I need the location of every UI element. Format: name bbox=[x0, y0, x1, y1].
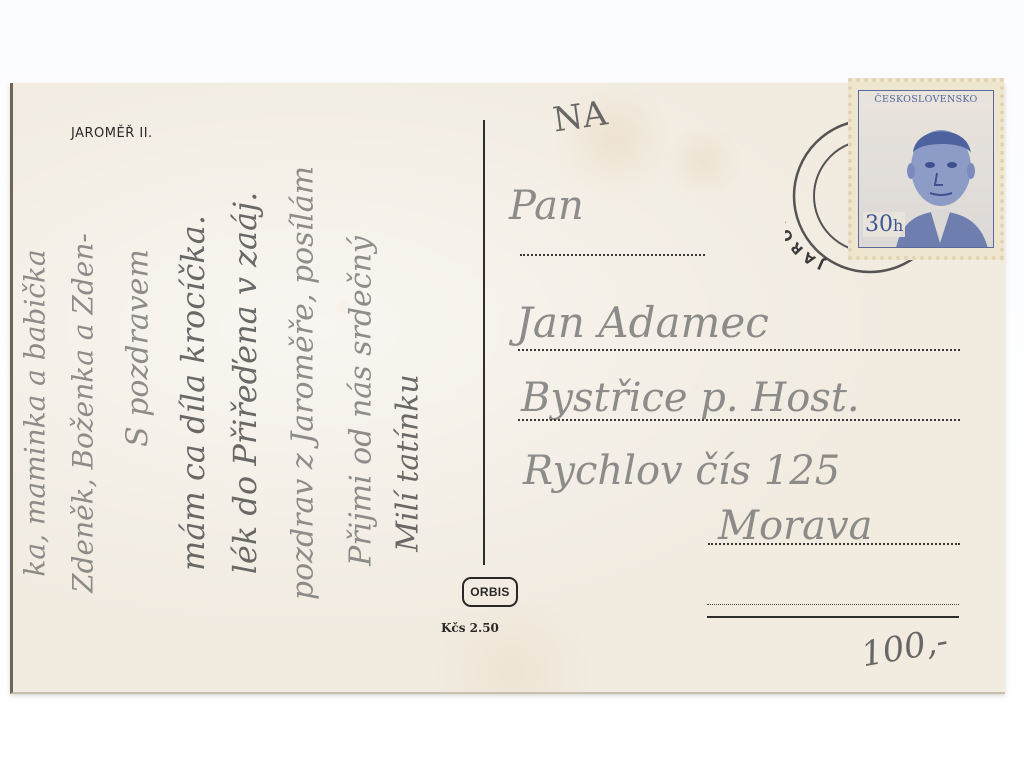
message-line: S pozdravem bbox=[121, 249, 156, 447]
printed-title: JAROMĚŘ II. bbox=[71, 126, 153, 141]
message-line: mám ca díla krocíčka. bbox=[174, 215, 212, 571]
message-line: Přijmi od nás srdečný bbox=[344, 236, 379, 566]
stamp-value-unit: h bbox=[893, 216, 903, 235]
svg-text:JAROMĚ: JAROMĚ bbox=[785, 193, 828, 272]
price-label: Kčs 2.50 bbox=[441, 621, 499, 635]
postmark-text: JAROMĚ bbox=[785, 193, 828, 272]
message-line: lék do Přiřeďena v zaáj. bbox=[226, 192, 264, 575]
message-line: ka, maminka a babička bbox=[19, 249, 52, 576]
stamp-country: ČESKOSLOVENSKO bbox=[859, 94, 993, 105]
address-town: Bystřice p. Host. bbox=[521, 375, 860, 421]
address-line bbox=[518, 419, 960, 421]
address-salutation: Pan bbox=[509, 183, 584, 229]
address-street: Rychlov čís 125 bbox=[523, 448, 840, 494]
address-line bbox=[708, 543, 960, 545]
stamp-value: 30h bbox=[863, 212, 905, 237]
address-line bbox=[707, 616, 959, 618]
postcard: JAROMĚŘ II. Milí tatínku Přijmi od nás s… bbox=[10, 83, 1005, 694]
postage-stamp: ČESKOSLOVENSKO 30h bbox=[848, 78, 1004, 260]
address-line bbox=[520, 254, 705, 256]
pencil-note-top: NA bbox=[550, 93, 609, 140]
address-line bbox=[707, 604, 959, 605]
address-line bbox=[518, 349, 960, 351]
address-name: Jan Adamec bbox=[516, 298, 769, 347]
message-line: Zdeněk, Boženka a Zden- bbox=[67, 233, 100, 593]
message-line: pozdrav z Jaroměře, posílám bbox=[286, 166, 321, 600]
message-line: Milí tatínku bbox=[391, 374, 426, 551]
stamp-value-number: 30 bbox=[865, 212, 893, 237]
divider-line bbox=[483, 120, 485, 565]
publisher-logo: ORBIS bbox=[462, 577, 518, 607]
stamp-frame: ČESKOSLOVENSKO 30h bbox=[858, 90, 994, 248]
page: JAROMĚŘ II. Milí tatínku Přijmi od nás s… bbox=[0, 0, 1024, 768]
pencil-price: 100,- bbox=[858, 621, 951, 676]
